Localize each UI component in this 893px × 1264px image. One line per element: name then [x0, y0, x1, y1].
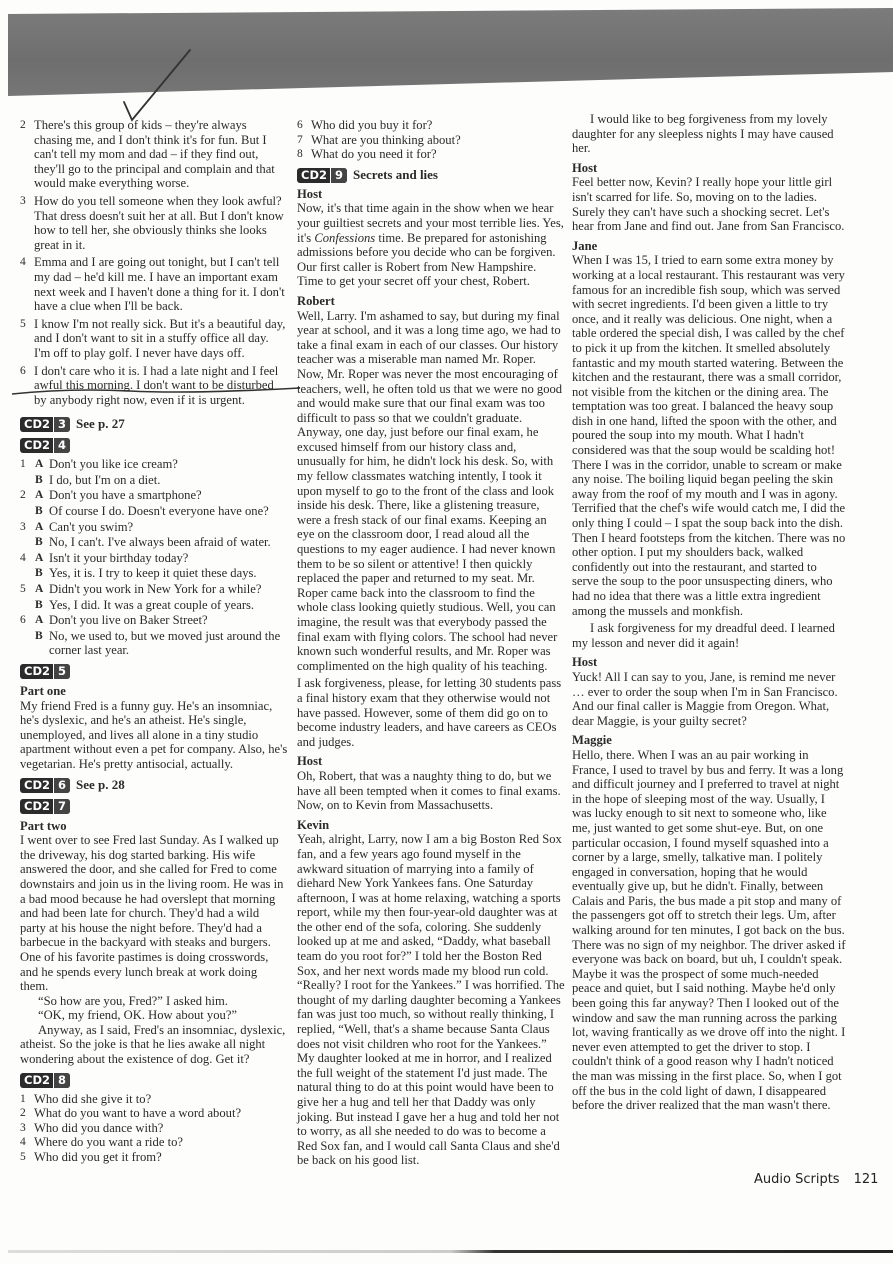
track-cd2-3: CD23 See p. 27 [20, 417, 288, 432]
paragraph: My friend Fred is a funny guy. He's an i… [20, 699, 288, 772]
list-item: 3How do you tell someone when they look … [20, 194, 288, 252]
list-item: 5Who did you get it from? [20, 1150, 288, 1165]
list-item: 6I don't care who it is. I had a late ni… [20, 364, 288, 408]
cd-track-badge: CD24 [20, 438, 70, 453]
section-heading: Part two [20, 819, 288, 834]
paragraph: I ask forgiveness, please, for letting 3… [297, 676, 565, 749]
paragraph: Well, Larry. I'm ashamed to say, but dur… [297, 309, 565, 674]
footer-title: Audio Scripts [754, 1172, 840, 1187]
list-item: 2There's this group of kids – they're al… [20, 118, 288, 191]
paragraph: Yeah, alright, Larry, now I am a big Bos… [297, 832, 565, 1168]
dialog-list: 1ADon't you like ice cream? BI do, but I… [20, 457, 288, 658]
list-item: 4Where do you want a ride to? [20, 1135, 288, 1150]
list-item: 3Who did you dance with? [20, 1121, 288, 1136]
question-list: 1Who did she give it to? 2What do you wa… [20, 1092, 288, 1165]
paragraph: I went over to see Fred last Sunday. As … [20, 833, 288, 994]
paragraph: Now, it's that time again in the show wh… [297, 201, 565, 289]
phone-excuses-list: 2There's this group of kids – they're al… [20, 118, 288, 407]
speaker-label: Host [572, 161, 846, 176]
track-cd2-8: CD28 [20, 1073, 288, 1088]
cd-track-badge: CD26 [20, 778, 70, 793]
paragraph: “OK, my friend, OK. How about you?” [20, 1008, 288, 1023]
paragraph: I would like to beg forgiveness from my … [572, 112, 846, 156]
speaker-label: Host [297, 187, 565, 202]
list-item: 5I know I'm not really sick. But it's a … [20, 317, 288, 361]
list-item: 2What do you want to have a word about? [20, 1106, 288, 1121]
track-cd2-5: CD25 [20, 664, 288, 679]
list-item: 8What do you need it for? [297, 147, 565, 162]
question-list-continued: 6Who did you buy it for? 7What are you t… [297, 118, 565, 162]
track-cd2-6: CD26 See p. 28 [20, 778, 288, 793]
cd-track-badge: CD23 [20, 417, 70, 432]
see-page-ref: See p. 28 [76, 778, 125, 793]
list-item: 1Who did she give it to? [20, 1092, 288, 1107]
see-page-ref: See p. 27 [76, 417, 125, 432]
track-cd2-4: CD24 [20, 438, 288, 453]
scan-edge-line [8, 1250, 893, 1253]
cd-track-badge: CD29 [297, 168, 347, 183]
speaker-label: Maggie [572, 733, 846, 748]
paragraph: Hello, there. When I was an au pair work… [572, 748, 846, 1113]
paragraph: When I was 15, I tried to earn some extr… [572, 253, 846, 618]
list-item: 7What are you thinking about? [297, 133, 565, 148]
page-footer: Audio Scripts121 [754, 1172, 878, 1187]
cd-track-badge: CD25 [20, 664, 70, 679]
list-item: 4Emma and I are going out tonight, but I… [20, 255, 288, 313]
track-cd2-7: CD27 [20, 799, 288, 814]
paragraph: Anyway, as I said, Fred's an insomniac, … [20, 1023, 288, 1067]
column-right: I would like to beg forgiveness from my … [572, 112, 846, 1113]
track-cd2-9: CD29 Secrets and lies [297, 168, 565, 183]
paragraph: Yuck! All I can say to you, Jane, is rem… [572, 670, 846, 728]
paragraph: Oh, Robert, that was a naughty thing to … [297, 769, 565, 813]
list-item: 6Who did you buy it for? [297, 118, 565, 133]
speaker-label: Robert [297, 294, 565, 309]
speaker-label: Jane [572, 239, 846, 254]
paragraph: “So how are you, Fred?” I asked him. [20, 994, 288, 1009]
speaker-label: Host [297, 754, 565, 769]
section-title: Secrets and lies [353, 168, 438, 183]
cd-track-badge: CD27 [20, 799, 70, 814]
speaker-label: Host [572, 655, 846, 670]
paragraph: I ask forgiveness for my dreadful deed. … [572, 621, 846, 650]
page-number: 121 [854, 1172, 879, 1187]
cd-track-badge: CD28 [20, 1073, 70, 1088]
column-middle: 6Who did you buy it for? 7What are you t… [297, 118, 565, 1168]
speaker-label: Kevin [297, 818, 565, 833]
section-heading: Part one [20, 684, 288, 699]
paragraph: Feel better now, Kevin? I really hope yo… [572, 175, 846, 233]
column-left: 2There's this group of kids – they're al… [20, 118, 288, 1165]
